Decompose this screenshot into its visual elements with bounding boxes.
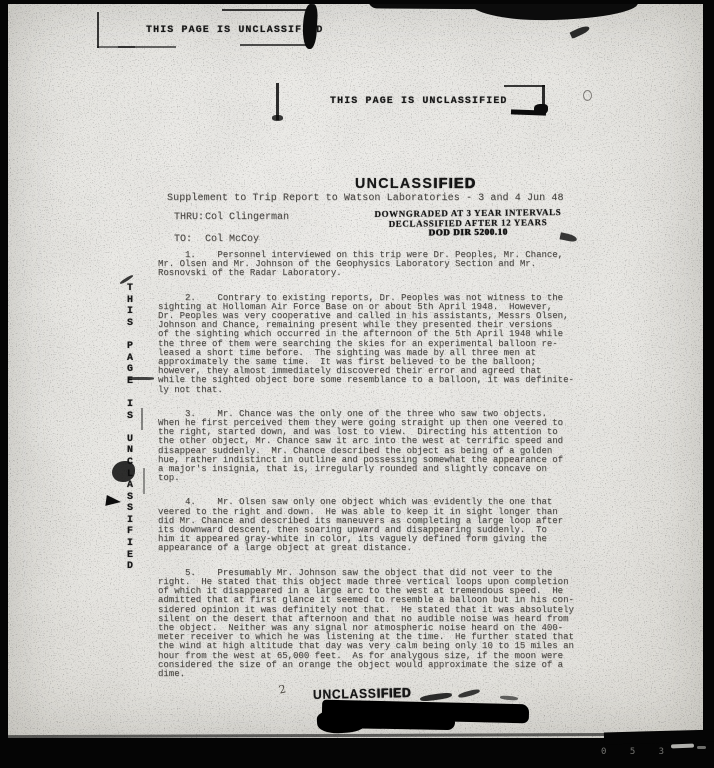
scan-artifact-ring	[583, 90, 592, 101]
classification-stamp-top: UNCLASSIFIED	[355, 175, 476, 192]
paragraph-3: 3. Mr. Chance was the only one of the th…	[158, 410, 590, 484]
scan-artifact-triangle-blot	[105, 495, 121, 508]
film-frame-dash	[671, 744, 694, 749]
vertical-page-stamp: T H I S P A G E I S U N C L A S S I F I …	[127, 283, 133, 573]
to-value: Col McCoy	[205, 234, 259, 245]
downgrade-stamp: DOWNGRADED AT 3 YEAR INTERVALS DECLASSIF…	[358, 208, 578, 239]
scan-artifact-stamp2-cornerblob	[534, 104, 548, 115]
thru-row: THRU:Col Clingerman	[174, 212, 289, 223]
scan-artifact-stamp1-leftfoot	[97, 46, 135, 48]
scan-artifact-stamp2-leftfoot	[272, 115, 283, 121]
scan-artifact-pen-stroke-2	[143, 468, 145, 494]
film-frame-digits: 0 5 3	[601, 747, 673, 757]
classification-stamp-bottom-bold: IFIED	[376, 685, 411, 701]
scan-artifact-margin-dash	[128, 377, 154, 380]
paragraph-4: 4. Mr. Olsen saw only one object which w…	[158, 498, 590, 553]
paragraph-2: 2. Contrary to existing reports, Dr. Peo…	[158, 294, 590, 395]
scanned-document-screen: THIS PAGE IS UNCLASSIFIED THIS PAGE IS U…	[0, 0, 714, 768]
redaction-mark-lower-lip	[330, 716, 455, 730]
scan-artifact-stamp1-bottomdash-b	[240, 44, 310, 46]
film-border-left	[0, 0, 8, 768]
page-stamp-primary: THIS PAGE IS UNCLASSIFIED	[146, 25, 324, 36]
scan-artifact-stamp1-topline	[222, 9, 314, 11]
classification-stamp-top-light: UNCLASS	[355, 175, 433, 192]
paragraph-5: 5. Presumably Mr. Johnson saw the object…	[158, 569, 590, 679]
scan-artifact-stamp2-topline	[504, 85, 545, 87]
scan-artifact-vstamp-smudge	[112, 461, 135, 482]
paragraph-1: 1. Personnel interviewed on this trip we…	[158, 251, 590, 279]
thru-label: THRU:	[174, 212, 205, 223]
scan-artifact-stamp1-leftbracket	[97, 12, 99, 48]
thru-value: Col Clingerman	[205, 212, 289, 223]
scan-artifact-pen-stroke-1	[141, 408, 143, 430]
subject-line: Supplement to Trip Report to Watson Labo…	[167, 193, 564, 204]
to-label: TO:	[174, 234, 205, 245]
film-border-right	[703, 0, 714, 768]
film-border-top	[0, 0, 714, 4]
classification-stamp-top-bold: IFIED	[433, 175, 476, 192]
page-stamp-secondary: THIS PAGE IS UNCLASSIFIED	[330, 96, 508, 107]
to-row: TO:Col McCoy	[174, 234, 259, 245]
body-paragraphs: 1. Personnel interviewed on this trip we…	[158, 251, 590, 694]
film-frame-dash-small	[697, 746, 706, 749]
